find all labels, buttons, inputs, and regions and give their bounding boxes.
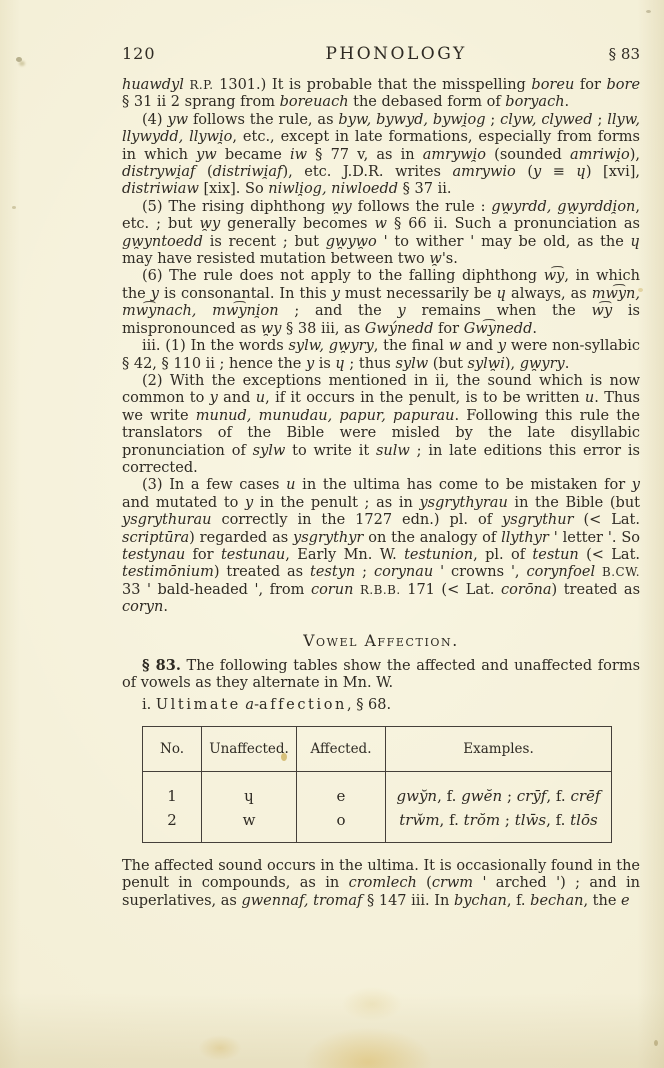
subsection-i-line: i. Ultimate a-affection, § 68. — [122, 697, 640, 714]
table-row: 2 w o trw̆m, f. trŏm ; tlw̄s, f. tlōs — [143, 808, 612, 843]
cell-no: 2 — [143, 808, 202, 843]
paragraph-4: (4) yw follows the rule, as byw, bywyd, … — [122, 112, 640, 199]
scan-speck — [654, 1040, 658, 1046]
cell-unaffected: w — [202, 808, 297, 843]
section-marker: § 83 — [609, 45, 640, 63]
scan-speck — [16, 57, 22, 62]
col-header-affected: Affected. — [297, 726, 386, 771]
page-number: 120 — [122, 44, 156, 63]
running-title: PHONOLOGY — [325, 44, 466, 64]
scan-speck — [12, 206, 16, 209]
paragraph-5: (5) The rising diphthong w̯y follows the… — [122, 199, 640, 269]
paragraph-iii-2: (2) With the exceptions mentioned in ii,… — [122, 373, 640, 477]
scan-speck — [646, 10, 651, 13]
paragraph-iii-1: iii. (1) In the words sylw, gw̯yry, the … — [122, 338, 640, 373]
cell-examples: gwy̆n, f. gwĕn ; crȳf, f. crēf — [386, 771, 612, 808]
cell-unaffected: ɥ — [202, 771, 297, 808]
paragraph-s83: § 83. The following tables show the affe… — [122, 657, 640, 693]
paragraph-iii-3: (3) In a few cases u in the ultima has c… — [122, 477, 640, 616]
paragraph-6: (6) The rule does not apply to the falli… — [122, 268, 640, 338]
col-header-unaffected: Unaffected. — [202, 726, 297, 771]
col-header-examples: Examples. — [386, 726, 612, 771]
running-head: 120 PHONOLOGY § 83 — [122, 44, 640, 64]
cell-affected: o — [297, 808, 386, 843]
section-heading: Vowel Affection. — [122, 632, 640, 650]
table-header-row: No. Unaffected. Affected. Examples. — [143, 726, 612, 771]
col-header-no: No. — [143, 726, 202, 771]
text-column: 120 PHONOLOGY § 83 huawdyl R.P. 1301.) I… — [122, 44, 640, 910]
affection-table: No. Unaffected. Affected. Examples. 1 ɥ … — [142, 726, 612, 843]
paragraph-outro: The affected sound occurs in the ultima.… — [122, 858, 640, 910]
book-page-scan: 120 PHONOLOGY § 83 huawdyl R.P. 1301.) I… — [0, 0, 664, 1068]
cell-affected: e — [297, 771, 386, 808]
cell-no: 1 — [143, 771, 202, 808]
paragraph-intro: huawdyl R.P. 1301.) It is probable that … — [122, 77, 640, 112]
cell-examples: trw̆m, f. trŏm ; tlw̄s, f. tlōs — [386, 808, 612, 843]
table-row: 1 ɥ e gwy̆n, f. gwĕn ; crȳf, f. crēf — [143, 771, 612, 808]
